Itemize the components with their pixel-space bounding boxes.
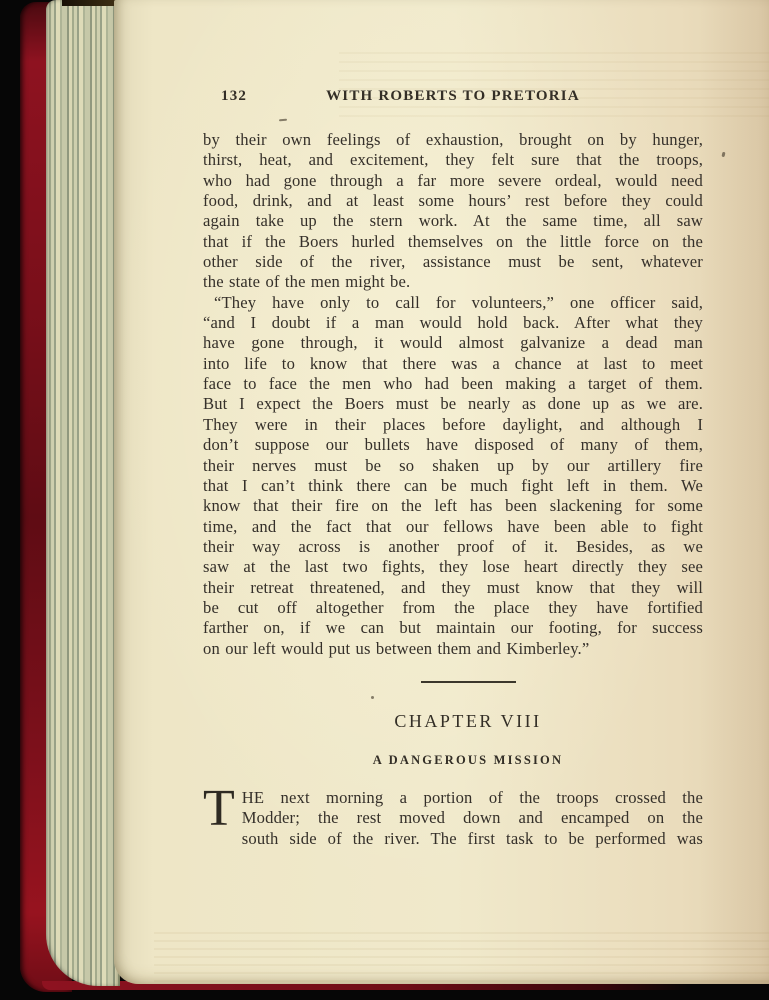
text-line: that I can’t think there can be much fig…	[203, 476, 703, 496]
gutter-shade	[699, 0, 769, 984]
drop-cap: T	[203, 789, 235, 830]
text-line: into life to know that there was a chanc…	[203, 354, 703, 374]
text-line: the state of the men might be.	[203, 272, 703, 292]
text-line: on our left would put us between them an…	[203, 639, 703, 659]
text-line: “and I doubt if a man would hold back. A…	[203, 313, 703, 333]
paragraph-quote: “They have only to call for volunteers,”…	[203, 293, 703, 659]
text-line: don’t suppose our bullets have disposed …	[203, 435, 703, 455]
paper-streaks-bottom	[154, 932, 769, 982]
section-divider-rule	[421, 681, 516, 683]
text-line: farther on, if we can but maintain our f…	[203, 618, 703, 638]
text-line: They were in their places before dayligh…	[203, 415, 703, 435]
text-line: saw at the last two fights, they lose he…	[203, 557, 703, 577]
text-line: “They have only to call for volunteers,”…	[203, 293, 703, 313]
text-line: have gone through, it would almost galva…	[203, 333, 703, 353]
text-line: again take up the stern work. At the sam…	[203, 211, 703, 231]
text-line: be cut off altogether from the place the…	[203, 598, 703, 618]
book-page: 132 WITH ROBERTS TO PRETORIA by their ow…	[114, 0, 769, 984]
ink-speck	[371, 696, 374, 699]
text-line: their way across is another proof of it.…	[203, 537, 703, 557]
text-line: But I expect the Boers must be nearly as…	[203, 394, 703, 414]
text-line: time, and the fact that our fellows have…	[203, 517, 703, 537]
paragraph-opening: T HE next morning a portion of the troop…	[203, 788, 703, 849]
running-title: WITH ROBERTS TO PRETORIA	[203, 88, 703, 105]
text-line: HE next morning a portion of the troops …	[203, 788, 703, 808]
text-line: food, drink, and at least some hours’ re…	[203, 191, 703, 211]
text-line: who had gone through a far more severe o…	[203, 171, 703, 191]
text-line: face to face the men who had been making…	[203, 374, 703, 394]
text-line: other side of the river, assistance must…	[203, 252, 703, 272]
text-line: their nerves must be so shaken up by our…	[203, 456, 703, 476]
text-line: that if the Boers hurled themselves on t…	[203, 232, 703, 252]
text-line: thirst, heat, and excitement, they felt …	[203, 150, 703, 170]
text-line: south side of the river. The first task …	[203, 829, 703, 849]
text-line: know that their fire on the left has bee…	[203, 496, 703, 516]
paragraph-continuation: by their own feelings of exhaustion, bro…	[203, 130, 703, 293]
page-number: 132	[221, 88, 247, 105]
text-line: Modder; the rest moved down and encamped…	[203, 808, 703, 828]
chapter-subtitle: A DANGEROUS MISSION	[233, 754, 703, 767]
text-line: their retreat threatened, and they must …	[203, 578, 703, 598]
running-header: 132 WITH ROBERTS TO PRETORIA	[203, 88, 703, 109]
fanned-page-edges	[46, 0, 120, 986]
text-column: 132 WITH ROBERTS TO PRETORIA by their ow…	[203, 0, 703, 849]
book-scan-scene: 132 WITH ROBERTS TO PRETORIA by their ow…	[0, 0, 769, 1000]
chapter-title: CHAPTER VIII	[233, 711, 703, 731]
text-line: by their own feelings of exhaustion, bro…	[203, 130, 703, 150]
